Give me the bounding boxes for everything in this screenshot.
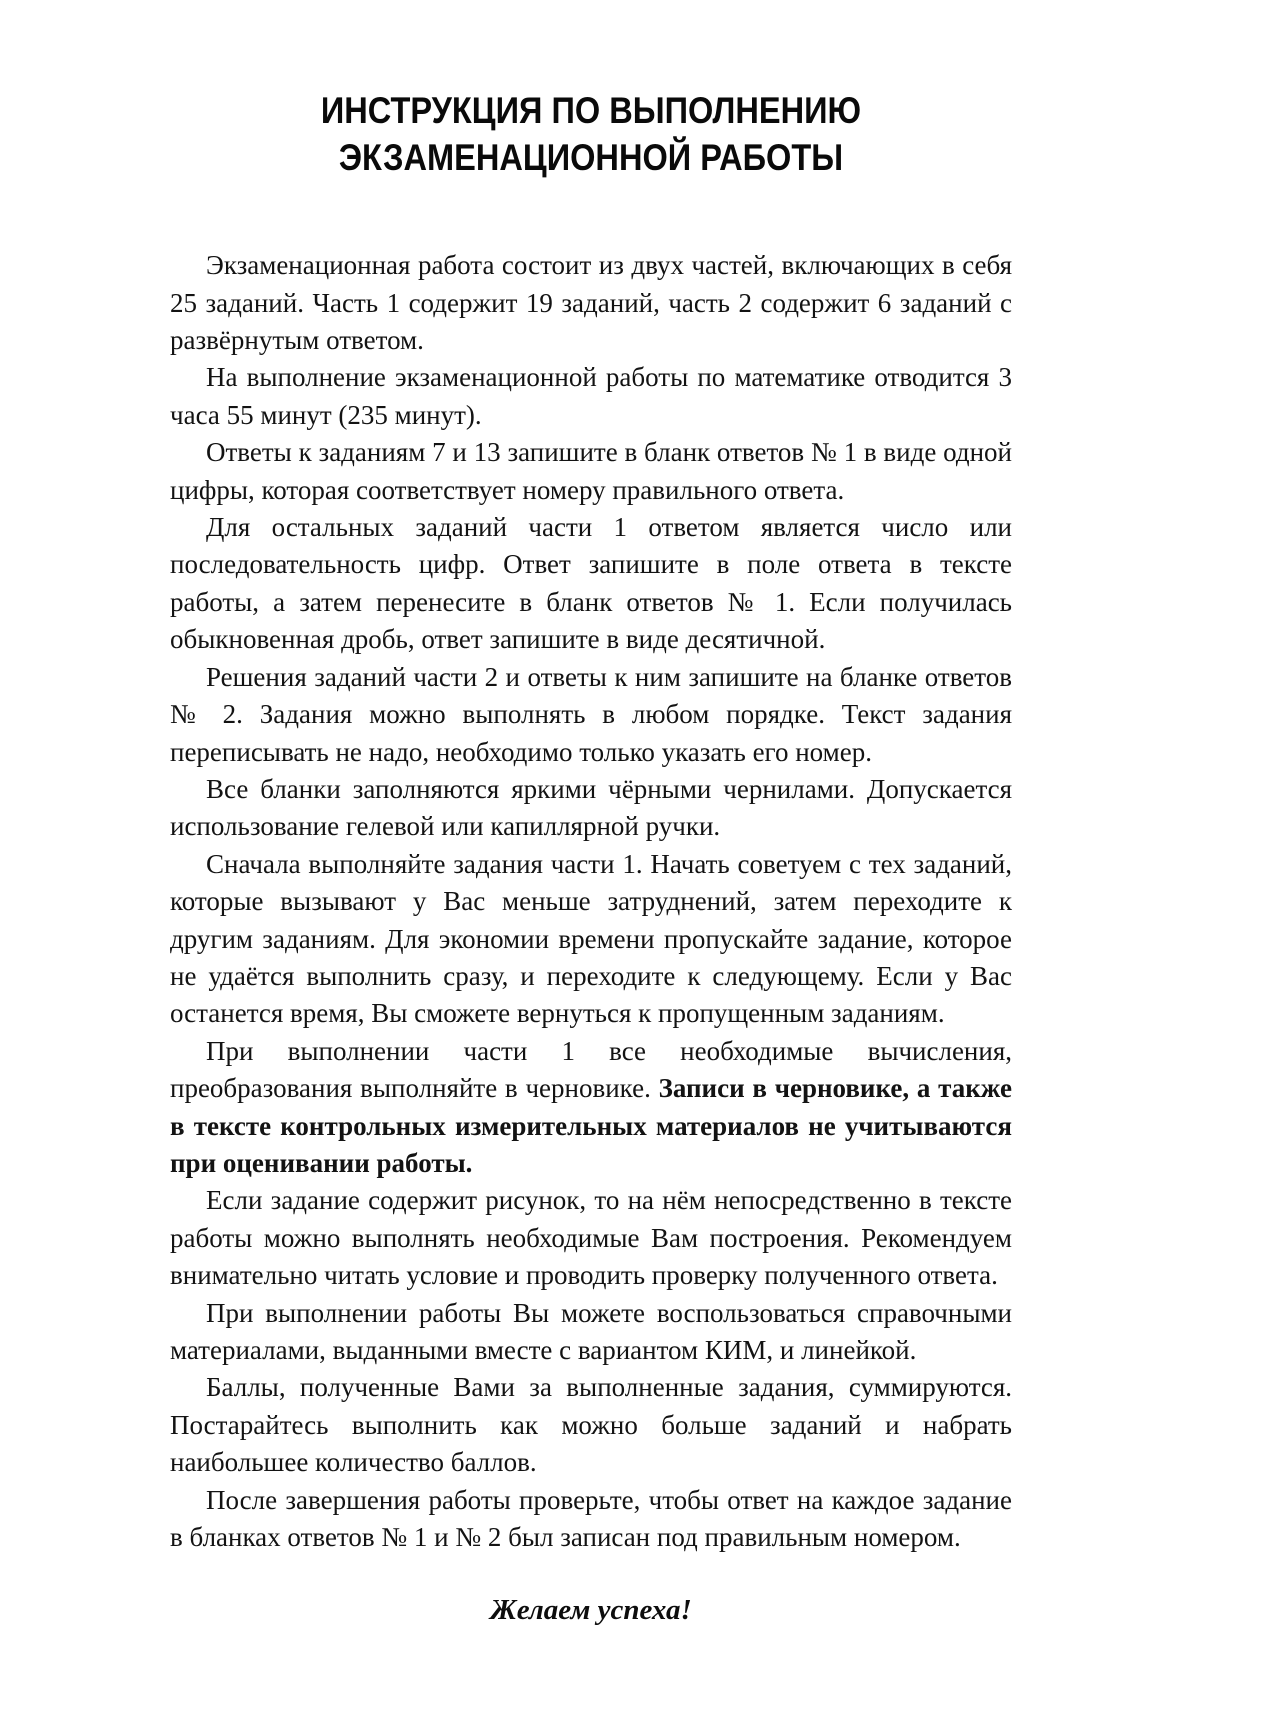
paragraph-run: Для остальных заданий части 1 ответом яв… — [170, 512, 1012, 654]
paragraph: При выполнении работы Вы можете воспольз… — [170, 1295, 1012, 1370]
page-title-line2: ЭКЗАМЕНАЦИОННОЙ РАБОТЫ — [339, 137, 843, 178]
paragraph: Сначала выполняйте задания части 1. Нача… — [170, 846, 1012, 1033]
page-title-line1: ИНСТРУКЦИЯ ПО ВЫПОЛНЕНИЮ — [321, 90, 861, 131]
paragraph: При выполнении части 1 все необходимые в… — [170, 1033, 1012, 1183]
paragraph: Экзаменационная работа состоит из двух ч… — [170, 247, 1012, 359]
paragraph-run: Сначала выполняйте задания части 1. Нача… — [170, 849, 1012, 1029]
paragraph-run: Если задание содержит рисунок, то на нём… — [170, 1185, 1012, 1290]
paragraph: После завершения работы проверьте, чтобы… — [170, 1482, 1012, 1557]
paragraph: Все бланки заполняются яркими чёрными че… — [170, 771, 1012, 846]
paragraph-run: Ответы к заданиям 7 и 13 запишите в блан… — [170, 437, 1012, 504]
paragraph-run: При выполнении работы Вы можете воспольз… — [170, 1298, 1012, 1365]
paragraph: На выполнение экзаменационной работы по … — [170, 359, 1012, 434]
instructions-body: Экзаменационная работа состоит из двух ч… — [170, 247, 1012, 1556]
paragraph: Ответы к заданиям 7 и 13 запишите в блан… — [170, 434, 1012, 509]
paragraph: Баллы, полученные Вами за выполненные за… — [170, 1369, 1012, 1481]
paragraph-run: Все бланки заполняются яркими чёрными че… — [170, 774, 1012, 841]
paragraph: Если задание содержит рисунок, то на нём… — [170, 1182, 1012, 1294]
paragraph-run: Баллы, полученные Вами за выполненные за… — [170, 1372, 1012, 1477]
paragraph-run: После завершения работы проверьте, чтобы… — [170, 1485, 1012, 1552]
paragraph-run: На выполнение экзаменационной работы по … — [170, 362, 1012, 429]
paragraph: Решения заданий части 2 и ответы к ним з… — [170, 659, 1012, 771]
page-title: ИНСТРУКЦИЯ ПО ВЫПОЛНЕНИЮ ЭКЗАМЕНАЦИОННОЙ… — [221, 88, 962, 181]
paragraph-run: Решения заданий части 2 и ответы к ним з… — [170, 662, 1012, 767]
closing-wish: Желаем успеха! — [170, 1594, 1012, 1627]
document-page: ИНСТРУКЦИЯ ПО ВЫПОЛНЕНИЮ ЭКЗАМЕНАЦИОННОЙ… — [0, 0, 1270, 1713]
paragraph-run: Экзаменационная работа состоит из двух ч… — [170, 250, 1012, 355]
paragraph: Для остальных заданий части 1 ответом яв… — [170, 509, 1012, 659]
